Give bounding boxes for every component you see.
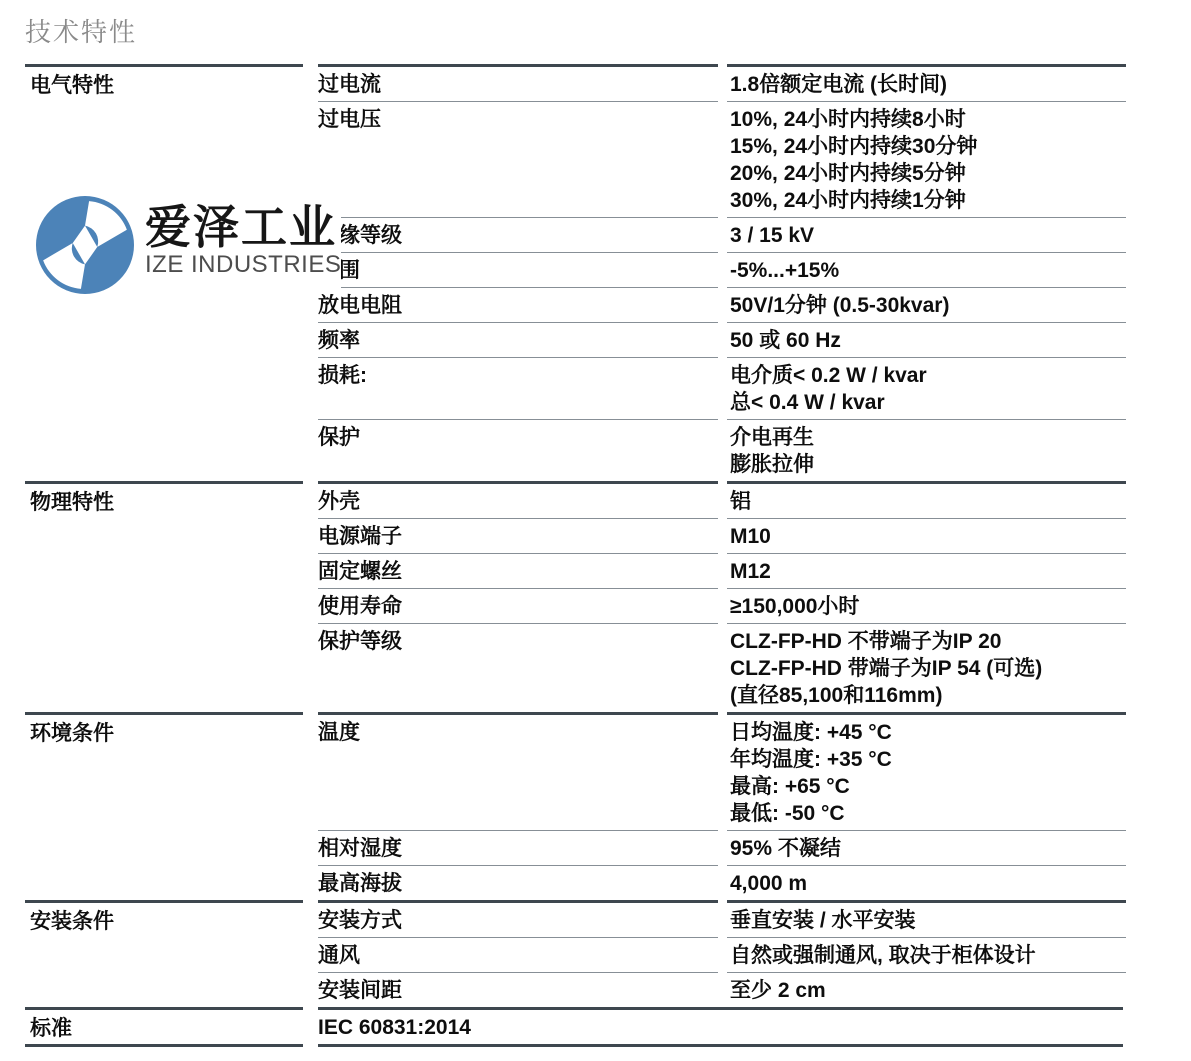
spec-label: 相对湿度 [318,830,718,865]
spec-label: 外壳 [318,481,718,518]
spec-row: 电源端子 M10 [318,518,1126,553]
spec-value: 4,000 m [727,865,1126,900]
spec-row: 使用寿命 ≥150,000小时 [318,588,1126,623]
spec-label: 温度 [318,712,718,830]
spec-label: 范围 [318,252,718,287]
spec-label: 频率 [318,322,718,357]
section-physical: 物理特性 外壳 铝 电源端子 M10 固定螺丝 M12 使用寿命 ≥150,00… [25,481,1126,712]
page-title: 技术特性 [25,16,1191,50]
spec-row: 安装间距 至少 2 cm [318,972,1126,1007]
spec-value: M10 [727,518,1126,553]
section-installation: 安装条件 安装方式 垂直安装 / 水平安装 通风 自然或强制通风, 取决于柜体设… [25,900,1126,1007]
spec-row: 放电电阻 50V/1分钟 (0.5-30kvar) [318,287,1126,322]
category-cell: 物理特性 [25,481,303,712]
spec-value: 3 / 15 kV [727,217,1126,252]
spec-row: 外壳 铝 [318,481,1126,518]
spec-label: 安装间距 [318,972,718,1007]
spec-label: 通风 [318,937,718,972]
spec-value: CLZ-FP-HD 不带端子为IP 20 CLZ-FP-HD 带端子为IP 54… [727,623,1126,712]
spec-row: IEC 60831:2014 [318,1007,1126,1047]
spec-row: 损耗: 电介质< 0.2 W / kvar 总< 0.4 W / kvar [318,357,1126,419]
spec-value: 电介质< 0.2 W / kvar 总< 0.4 W / kvar [727,357,1126,419]
logo-name-en: IZE INDUSTRIES [145,252,341,277]
spec-value: 介电再生 膨胀拉伸 [727,419,1126,481]
spec-label: 电源端子 [318,518,718,553]
spec-value: -5%...+15% [727,252,1126,287]
spec-value: 垂直安装 / 水平安装 [727,900,1126,937]
section-standards: 标准 IEC 60831:2014 [25,1007,1126,1047]
spec-value: 至少 2 cm [727,972,1126,1007]
spec-row: 通风 自然或强制通风, 取决于柜体设计 [318,937,1126,972]
spec-row: 安装方式 垂直安装 / 水平安装 [318,900,1126,937]
spec-value: 自然或强制通风, 取决于柜体设计 [727,937,1126,972]
category-cell: 环境条件 [25,712,303,900]
spec-label: 保护 [318,419,718,481]
logo-mark-icon [36,196,134,294]
spec-label: 最高海拔 [318,865,718,900]
spec-value: 1.8倍额定电流 (长时间) [727,64,1126,101]
spec-value: 50V/1分钟 (0.5-30kvar) [727,287,1126,322]
spec-label: 绝缘等级 [318,217,718,252]
spec-value: 铝 [727,481,1126,518]
spec-value: 50 或 60 Hz [727,322,1126,357]
spec-label: 保护等级 [318,623,718,712]
spec-value: 10%, 24小时内持续8小时 15%, 24小时内持续30分钟 20%, 24… [727,101,1126,217]
spec-label: 使用寿命 [318,588,718,623]
spec-row: 频率 50 或 60 Hz [318,322,1126,357]
ize-industries-logo: 爱泽工业 IZE INDUSTRIES [36,196,341,294]
spec-value: ≥150,000小时 [727,588,1126,623]
spec-row: 过电流 1.8倍额定电流 (长时间) [318,64,1126,101]
logo-name-cn: 爱泽工业 [145,202,341,252]
spec-label: 过电流 [318,64,718,101]
spec-label: 损耗: [318,357,718,419]
spec-label: 安装方式 [318,900,718,937]
spec-row: 保护 介电再生 膨胀拉伸 [318,419,1126,481]
spec-value: 95% 不凝结 [727,830,1126,865]
spec-label: 过电压 [318,101,718,217]
spec-row: 过电压 10%, 24小时内持续8小时 15%, 24小时内持续30分钟 20%… [318,101,1126,217]
spec-label: 固定螺丝 [318,553,718,588]
spec-row: 相对湿度 95% 不凝结 [318,830,1126,865]
category-cell: 安装条件 [25,900,303,1007]
spec-value: M12 [727,553,1126,588]
spec-value: IEC 60831:2014 [318,1007,1123,1047]
spec-label: 放电电阻 [318,287,718,322]
spec-row: 保护等级 CLZ-FP-HD 不带端子为IP 20 CLZ-FP-HD 带端子为… [318,623,1126,712]
section-environmental: 环境条件 温度 日均温度: +45 °C 年均温度: +35 °C 最高: +6… [25,712,1126,900]
category-cell: 标准 [25,1007,303,1047]
spec-row: 固定螺丝 M12 [318,553,1126,588]
spec-row: 范围 -5%...+15% [318,252,1126,287]
spec-row: 温度 日均温度: +45 °C 年均温度: +35 °C 最高: +65 °C … [318,712,1126,830]
spec-value: 日均温度: +45 °C 年均温度: +35 °C 最高: +65 °C 最低:… [727,712,1126,830]
spec-row: 最高海拔 4,000 m [318,865,1126,900]
spec-row: 绝缘等级 3 / 15 kV [318,217,1126,252]
